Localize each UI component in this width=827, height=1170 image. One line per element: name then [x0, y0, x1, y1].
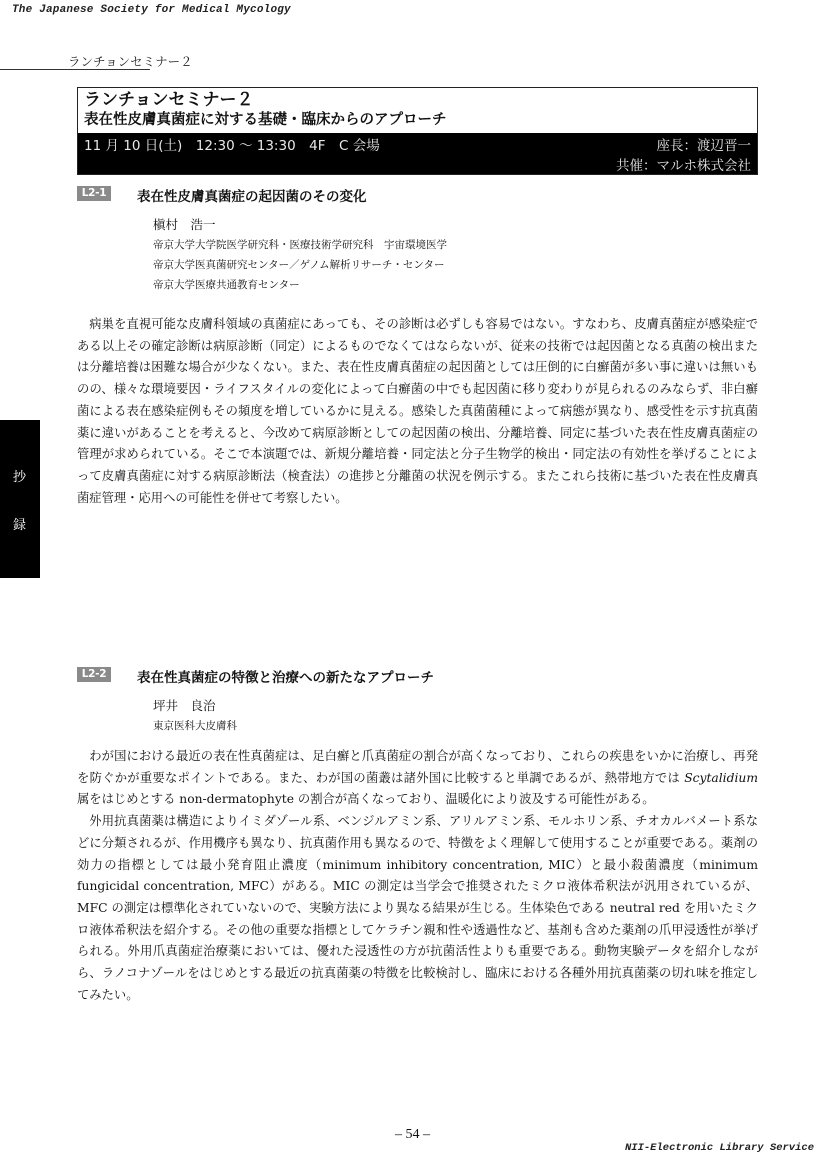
talk-affiliations-l2-2: 東京医科大皮膚科: [153, 716, 237, 736]
side-tab-char: 録: [13, 514, 26, 533]
abstract-paragraph: 病巣を直視可能な皮膚科領域の真菌症にあっても、その診断は必ずしも容易ではない。す…: [77, 314, 758, 509]
page-number: – 54 –: [395, 1127, 430, 1143]
section-rule-divider: [0, 69, 150, 70]
abstract-paragraph: わが国における最近の表在性真菌症は、足白癬と爪真菌症の割合が高くなっており、これ…: [77, 746, 758, 811]
talk-badge-l2-1: L2-1: [77, 186, 111, 201]
talk-author-l2-1: 槇村 浩一: [153, 215, 216, 233]
footer-service-label: NII-Electronic Library Service: [625, 1142, 814, 1154]
side-tab-char: 抄: [13, 466, 26, 485]
affiliation-line: 帝京大学医療共通教育センター: [153, 275, 447, 295]
affiliation-line: 帝京大学医真菌研究センター／ゲノム解析リサーチ・センター: [153, 255, 447, 275]
affiliation-line: 東京医科大皮膚科: [153, 716, 237, 736]
journal-header: The Japanese Society for Medical Mycolog…: [12, 4, 291, 16]
session-info-band: 11 月 10 日(土) 12:30 〜 13:30 4F C 会場 座長：渡辺…: [78, 133, 757, 174]
side-index-tab: 抄 録: [0, 420, 40, 578]
genus-name: Scytalidium: [684, 771, 758, 785]
session-sponsor: 共催：マルホ株式会社: [616, 154, 751, 174]
talk-affiliations-l2-1: 帝京大学大学院医学研究科・医療技術学研究科 宇宙環境医学 帝京大学医真菌研究セン…: [153, 235, 447, 295]
abstract-paragraph: 外用抗真菌薬は構造によりイミダゾール系、ベンジルアミン系、アリルアミン系、モルホ…: [77, 811, 758, 1006]
affiliation-line: 帝京大学大学院医学研究科・医療技術学研究科 宇宙環境医学: [153, 235, 447, 255]
section-tab-label: ランチョンセミナー２: [68, 52, 193, 70]
talk-badge-l2-2: L2-2: [77, 667, 111, 682]
talk-author-l2-2: 坪井 良治: [153, 696, 216, 714]
talk-abstract-l2-2: わが国における最近の表在性真菌症は、足白癬と爪真菌症の割合が高くなっており、これ…: [77, 746, 758, 1006]
session-title: ランチョンセミナー２: [84, 90, 757, 111]
talk-title-l2-1: 表在性皮膚真菌症の起因菌のその変化: [137, 185, 367, 205]
session-subtitle: 表在性皮膚真菌症に対する基礎・臨床からのアプローチ: [84, 111, 757, 130]
talk-title-l2-2: 表在性真菌症の特徴と治療への新たなアプローチ: [137, 666, 434, 686]
session-title-area: ランチョンセミナー２ 表在性皮膚真菌症に対する基礎・臨床からのアプローチ: [78, 88, 757, 133]
session-chair: 座長：渡辺晋一: [657, 134, 752, 154]
session-header-box: ランチョンセミナー２ 表在性皮膚真菌症に対する基礎・臨床からのアプローチ 11 …: [77, 87, 758, 175]
talk-abstract-l2-1: 病巣を直視可能な皮膚科領域の真菌症にあっても、その診断は必ずしも容易ではない。す…: [77, 314, 758, 509]
text-run: 属をはじめとする non-dermatophyte の割合が高くなっており、温暖…: [77, 792, 655, 806]
text-run: わが国における最近の表在性真菌症は、足白癬と爪真菌症の割合が高くなっており、これ…: [77, 749, 758, 785]
session-date-time-venue: 11 月 10 日(土) 12:30 〜 13:30 4F C 会場: [84, 134, 380, 154]
